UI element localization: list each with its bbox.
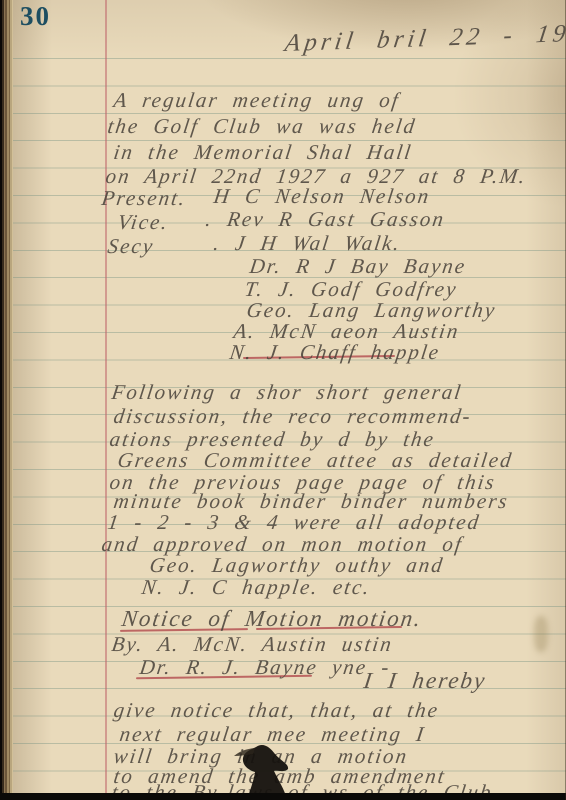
handwriting-line: Following a shor short general xyxy=(110,380,464,405)
scan-edge-bottom xyxy=(0,793,566,800)
attendee-name: N. J. Chaff happle xyxy=(228,340,442,365)
handwriting-line: in the Memorial Shal Hall xyxy=(112,140,414,165)
attendee-name: . J H Wal Walk. xyxy=(212,231,403,256)
attendee-role-label: Vice. xyxy=(116,210,171,235)
book-binding-edge xyxy=(0,0,13,800)
moved-by-line: By. A. McN. Austin ustin xyxy=(110,632,395,657)
handwriting-line: I I hereby xyxy=(362,668,488,694)
margin-smudge xyxy=(534,616,548,652)
ink-blot xyxy=(232,737,310,800)
margin-line xyxy=(105,0,107,794)
handwriting-line: discussion, the reco recommend- xyxy=(112,404,473,429)
page-number: 30 xyxy=(20,1,51,32)
minute-book-page: 30 April bril 22 - 1927 A regular meetin… xyxy=(0,0,566,800)
date-line: April bril 22 - 1927 xyxy=(283,19,566,58)
attendee-name: Dr. R J Bay Bayne xyxy=(248,254,468,279)
section-heading: Notice of Motion motion. xyxy=(120,606,424,632)
seconded-by-line: Dr. R. J. Bayne yne - xyxy=(138,655,392,680)
attendee-role-label: Secy xyxy=(106,234,156,259)
attendee-name: H C Nelson Nelson xyxy=(212,184,432,209)
handwriting-line: N. J. C happle. etc. xyxy=(140,575,372,600)
handwriting-line: the Golf Club wa was held xyxy=(106,114,418,139)
attendee-role-label: Present. xyxy=(100,186,188,211)
handwriting-line: A regular meeting ung of xyxy=(112,88,401,113)
handwriting-line: give notice that, that, at the xyxy=(112,698,441,723)
attendee-name: . Rev R Gast Gasson xyxy=(204,207,447,232)
